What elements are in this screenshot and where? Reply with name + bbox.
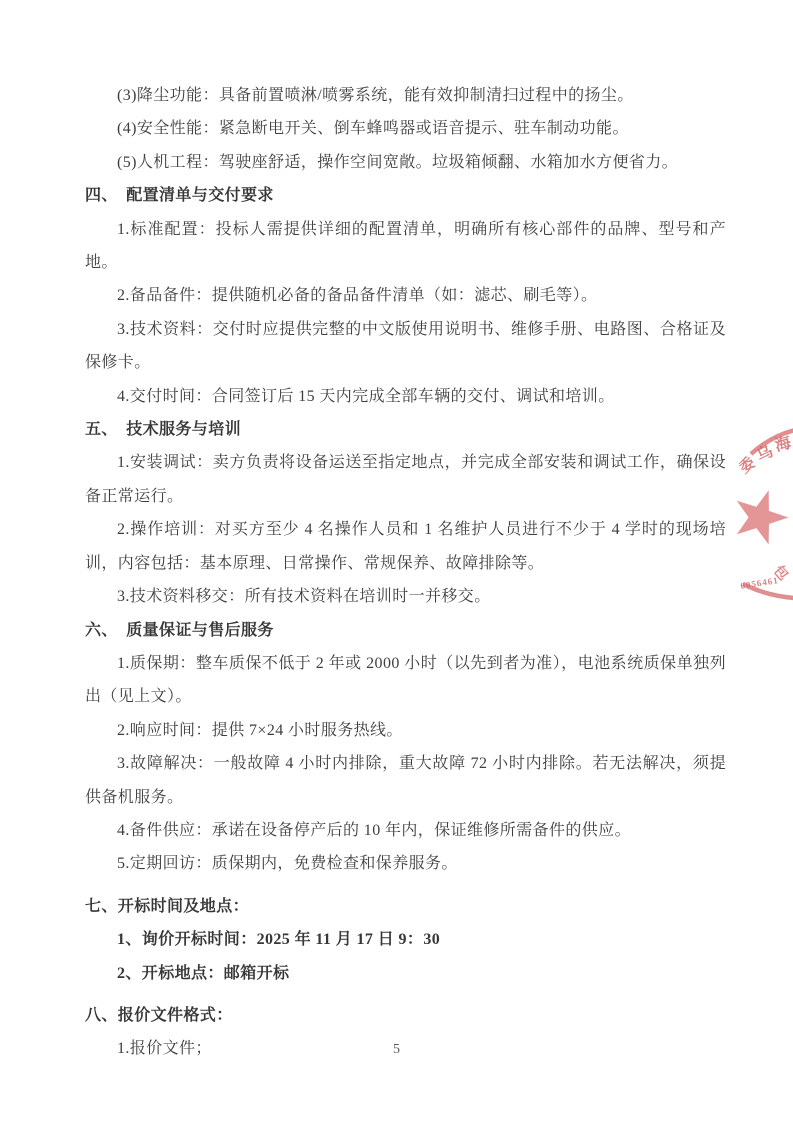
section-heading: 五、 技术服务与培训 [85, 413, 726, 446]
paragraph: 1.质保期：整车质保不低于 2 年或 2000 小时（以先到者为准），电池系统质… [85, 647, 726, 714]
paragraph: 1、询价开标时间：2025 年 11 月 17 日 9：30 [85, 923, 726, 956]
section-heading: 八、报价文件格式： [85, 999, 726, 1032]
seal-arc-char: 海 [773, 432, 793, 455]
official-seal-stamp: 委 乌 海 包 0056461 [733, 424, 793, 604]
section-heading: 七、开标时间及地点： [85, 890, 726, 923]
seal-arc-char: 乌 [753, 441, 776, 465]
seal-ring-top-arc [751, 430, 793, 454]
seal-star-icon [727, 482, 793, 548]
paragraph: (3)降尘功能：具备前置喷淋/喷雾系统，能有效抑制清扫过程中的扬尘。 [85, 79, 726, 112]
paragraph: 4.交付时间：合同签订后 15 天内完成全部车辆的交付、调试和培训。 [85, 380, 726, 413]
paragraph: 2.操作培训：对买方至少 4 名操作人员和 1 名维护人员进行不少于 4 学时的… [85, 513, 726, 580]
paragraph: 2、开标地点：邮箱开标 [85, 957, 726, 990]
document-body: (3)降尘功能：具备前置喷淋/喷雾系统，能有效抑制清扫过程中的扬尘。(4)安全性… [85, 79, 726, 1066]
section-heading: 六、 质量保证与售后服务 [85, 614, 726, 647]
seal-serial-number: 0056461 [740, 575, 780, 591]
document-page: (3)降尘功能：具备前置喷淋/喷雾系统，能有效抑制清扫过程中的扬尘。(4)安全性… [0, 0, 793, 1123]
paragraph: 1.安装调试：卖方负责将设备运送至指定地点，并完成全部安装和调试工作，确保设备正… [85, 446, 726, 513]
paragraph: 3.技术资料移交：所有技术资料在培训时一并移交。 [85, 580, 726, 613]
paragraph: 5.定期回访：质保期内，免费检查和保养服务。 [85, 847, 726, 880]
paragraph: 3.故障解决：一般故障 4 小时内排除，重大故障 72 小时内排除。若无法解决，… [85, 747, 726, 814]
paragraph: 2.备品备件：提供随机必备的备品备件清单（如：滤芯、刷毛等）。 [85, 279, 726, 312]
paragraph: 1.标准配置：投标人需提供详细的配置清单，明确所有核心部件的品牌、型号和产地。 [85, 213, 726, 280]
paragraph: 2.响应时间：提供 7×24 小时服务热线。 [85, 714, 726, 747]
paragraph: (4)安全性能：紧急断电开关、倒车蜂鸣器或语音提示、驻车制动功能。 [85, 112, 726, 145]
paragraph: 3.技术资料：交付时应提供完整的中文版使用说明书、维修手册、电路图、合格证及保修… [85, 313, 726, 380]
section-heading: 四、 配置清单与交付要求 [85, 179, 726, 212]
seal-ring-bottom-arc [743, 584, 793, 598]
page-number: 5 [0, 1042, 793, 1058]
seal-partial-char: 包 [770, 562, 792, 584]
paragraph: (5)人机工程：驾驶座舒适，操作空间宽敞。垃圾箱倾翻、水箱加水方便省力。 [85, 146, 726, 179]
paragraph: 4.备件供应：承诺在设备停产后的 10 年内，保证维修所需备件的供应。 [85, 814, 726, 847]
seal-arc-char: 委 [736, 453, 759, 476]
